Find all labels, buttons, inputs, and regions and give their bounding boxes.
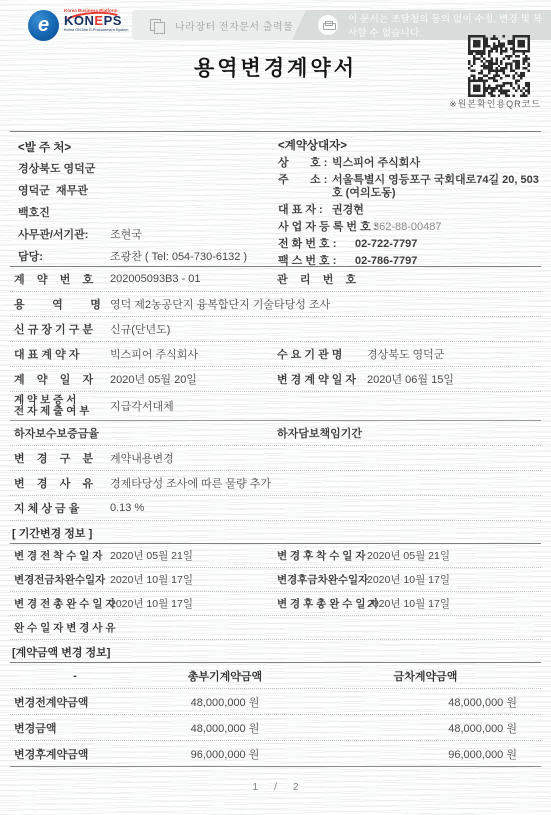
demand-org-label: 수 요 기 관 명 [277,346,367,362]
row-guarantee: 계 약 보 증 서 전 자 제 출 여 부 지급각서대체 [10,392,541,421]
band-left-text: 나라장터 전자문서 출력물 [175,18,293,33]
pre-start-label: 변 경 전 착 수 일 자 [10,548,110,563]
row-contract-date: 계 약 일 자 2020년 05월 20일 변 경 계 약 일 자 2020년 … [10,367,541,392]
change-type-value: 계약내용변경 [110,450,541,466]
row-delay-rate: 지 체 상 금 율 0.13 % [10,496,541,521]
client-official-label: 사무관/서기관: [18,224,110,246]
post-start-value: 2020년 05월 21일 [367,548,541,563]
amount-after-current: 96,000,000 원 [310,746,541,762]
amount-row-change: 변경금액 48,000,000 원 48,000,000 원 [10,715,541,741]
new-long-value: 신규(단년도) [110,321,541,337]
contract-no-label: 계 약 번 호 [10,271,110,287]
koneps-logo: e Korea Business Platform KONEPS Korea O… [28,6,132,46]
phone-value: 02-722-7797 [355,238,541,251]
row-new-long: 신 규 장 기 구 분 신규(단년도) [10,317,541,342]
amount-change-label: 변경금액 [10,720,140,736]
client-officer-name: 백호진 [18,202,268,224]
contract-no-value: 202005093B3 - 01 [110,273,277,285]
contractor-header: <계약상대자> [278,138,541,157]
amount-section: [계약금액 변경 정보] - 총부기계약금액 금차계약금액 변경전계약금액 48… [10,644,541,767]
period-section-title: [ 기간변경 정보 ] [10,525,541,543]
client-block: <발 주 처> 경상북도 영덕군 영덕군 재무관 백호진 사무관/서기관: 조현… [18,138,268,268]
fax-label: 팩 스 번 호 : [278,255,355,268]
delay-rate-label: 지 체 상 금 율 [10,500,110,516]
row-rep-contractor: 대 표 계 약 자 빅스피어 주식회사 수 요 기 관 명 경상북도 영덕군 [10,342,541,367]
change-reason-value: 경제타당성 조사에 따른 물량 추가 [110,475,541,491]
contractor-ceo-row: 대 표 자 : 권경현 [278,204,541,217]
address-label: 주 소 : [278,174,332,187]
period-rows: 변 경 전 착 수 일 자 2020년 05월 21일 변 경 후 착 수 일 … [10,543,541,640]
printer-icon [318,15,338,35]
new-long-label: 신 규 장 기 구 분 [10,321,110,337]
koneps-sub-text: Korea ON-line E-Procurement System [64,28,128,33]
company-label: 상 호 : [278,157,332,170]
client-official-value: 조현국 [110,224,142,246]
amount-header-total: 총부기계약금액 [140,668,310,684]
post-start-label: 변 경 후 착 수 일 자 [277,548,367,563]
contractor-fax-row: 팩 스 번 호 : 02-786-7797 [278,255,541,268]
guarantee-label: 계 약 보 증 서 전 자 제 출 여 부 [10,395,110,418]
amount-table-header: - 총부기계약금액 금차계약금액 [10,663,541,689]
document-page: 나라장터 전자문서 출력물 이 문서는 조달청의 동의 없이 수정, 변경 및 … [0,0,551,815]
contractor-address-row: 주 소 : 서울특별시 영등포구 국회대로74길 20, 503호 (여의도동) [278,174,541,200]
amount-before-total: 48,000,000 원 [140,694,310,710]
pre-current-finish-label: 변경전금차완수일자 [10,572,110,587]
amount-table: - 총부기계약금액 금차계약금액 변경전계약금액 48,000,000 원 48… [10,662,541,767]
finish-change-reason-label: 완 수 일 자 변 경 사 유 [10,620,110,635]
client-org: 경상북도 영덕군 [18,158,268,180]
contractor-biznum-row: 사 업 자 등 록 번 호 : 362-88-00487 [278,221,541,234]
koneps-logo-text: Korea Business Platform KONEPS Korea ON-… [64,8,128,33]
amount-row-after: 변경후계약금액 96,000,000 원 96,000,000 원 [10,741,541,767]
demand-org-value: 경상북도 영덕군 [367,346,541,362]
biznum-label: 사 업 자 등 록 번 호 : [278,221,373,234]
row-service-name: 용 역 명 영덕 제2농공단지 융복합단지 기술타당성 조사 [10,292,541,317]
company-value: 빅스피어 주식회사 [332,157,541,170]
client-header: <발 주 처> [18,138,268,158]
row-change-reason: 변 경 사 유 경제타당성 조사에 따른 물량 추가 [10,471,541,496]
period-row-start: 변 경 전 착 수 일 자 2020년 05월 21일 변 경 후 착 수 일 … [10,544,541,568]
fax-value: 02-786-7797 [355,255,541,268]
page-total: 2 [293,782,299,793]
phone-label: 전 화 번 호 : [278,238,355,251]
pre-total-finish-value: 2020년 10월 17일 [110,596,277,611]
post-total-finish-value: 2020년 10월 17일 [367,596,541,611]
page-indicator: 1/2 [10,782,541,793]
copy-document-icon [150,19,163,32]
ceo-value: 권경현 [332,204,541,217]
change-date-value: 2020년 06월 15일 [367,371,541,387]
service-name-label: 용 역 명 [10,296,110,312]
amount-section-title: [계약금액 변경 정보] [10,644,541,662]
biznum-value: 362-88-00487 [373,221,541,234]
pre-current-finish-value: 2020년 10월 17일 [110,572,277,587]
amount-change-current: 48,000,000 원 [310,720,541,736]
rep-contractor-value: 빅스피어 주식회사 [110,346,277,362]
document-body: <발 주 처> 경상북도 영덕군 영덕군 재무관 백호진 사무관/서기관: 조현… [10,131,541,793]
contractor-company-row: 상 호 : 빅스피어 주식회사 [278,157,541,170]
ceo-label: 대 표 자 : [278,204,332,217]
defect-rate-label: 하자보수보증금율 [10,425,110,441]
service-name-value: 영덕 제2농공단지 융복합단지 기술타당성 조사 [110,296,541,312]
period-row-total-finish: 변 경 전 총 완 수 일 자 2020년 10월 17일 변 경 후 총 완 … [10,592,541,616]
client-manager-label: 담당: [18,246,110,268]
contract-info-section: 계 약 번 호 202005093B3 - 01 관 리 번 호 용 역 명 영… [10,266,541,521]
period-section: [ 기간변경 정보 ] 변 경 전 착 수 일 자 2020년 05월 21일 … [10,525,541,640]
change-reason-label: 변 경 사 유 [10,475,110,491]
row-defect: 하자보수보증금율 하자담보책임기간 [10,421,541,446]
amount-row-before: 변경전계약금액 48,000,000 원 48,000,000 원 [10,689,541,715]
post-current-finish-value: 2020년 10월 17일 [367,572,541,587]
qr-label: ※원본확인용QR코드 [449,97,541,110]
guarantee-value: 지급각서대체 [110,398,541,414]
client-manager-value: 조광찬 ( Tel: 054-730-6132 ) [110,246,247,268]
koneps-brand: KONEPS [64,13,128,28]
post-total-finish-label: 변 경 후 총 완 수 일 자 [277,596,367,611]
change-type-label: 변 경 구 분 [10,450,110,466]
amount-change-total: 48,000,000 원 [140,720,310,736]
amount-after-total: 96,000,000 원 [140,746,310,762]
amount-header-blank: - [10,670,140,682]
rep-contractor-label: 대 표 계 약 자 [10,346,110,362]
contractor-phone-row: 전 화 번 호 : 02-722-7797 [278,238,541,251]
contract-date-value: 2020년 05월 20일 [110,371,277,387]
period-row-finish-reason: 완 수 일 자 변 경 사 유 [10,616,541,640]
amount-header-current: 금차계약금액 [310,668,541,684]
qr-code [468,35,530,97]
client-dept: 영덕군 재무관 [18,180,268,202]
address-value: 서울특별시 영등포구 국회대로74길 20, 503호 (여의도동) [332,174,541,200]
row-change-type: 변 경 구 분 계약내용변경 [10,446,541,471]
delay-rate-value: 0.13 % [110,502,541,514]
amount-before-current: 48,000,000 원 [310,694,541,710]
post-current-finish-label: 변경후금차완수일자 [277,572,367,587]
amount-before-label: 변경전계약금액 [10,694,140,710]
pre-total-finish-label: 변 경 전 총 완 수 일 자 [10,596,110,611]
defect-period-label: 하자담보책임기간 [277,425,367,441]
client-row-manager: 담당: 조광찬 ( Tel: 054-730-6132 ) [18,246,268,268]
amount-after-label: 변경후계약금액 [10,746,140,762]
contract-date-label: 계 약 일 자 [10,371,110,387]
period-row-current-finish: 변경전금차완수일자 2020년 10월 17일 변경후금차완수일자 2020년 … [10,568,541,592]
parties-section: <발 주 처> 경상북도 영덕군 영덕군 재무관 백호진 사무관/서기관: 조현… [10,131,541,266]
koneps-globe-icon: e [28,10,59,41]
pre-start-value: 2020년 05월 21일 [110,548,277,563]
change-date-label: 변 경 계 약 일 자 [277,371,367,387]
contractor-block: <계약상대자> 상 호 : 빅스피어 주식회사 주 소 : 서울특별시 영등포구… [278,138,541,272]
mgmt-no-label: 관 리 번 호 [277,271,367,287]
client-row-official: 사무관/서기관: 조현국 [18,224,268,246]
page-current: 1 [253,782,259,793]
page-separator: / [274,782,277,793]
